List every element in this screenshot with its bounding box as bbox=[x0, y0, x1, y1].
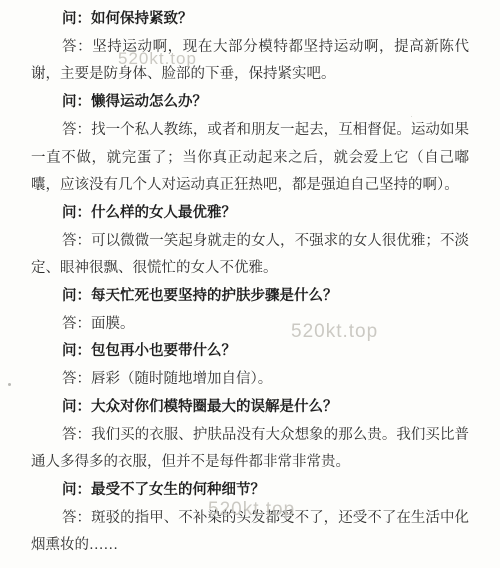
answer-line: 答：坚持运动啊，现在大部分模特都坚持运动啊，提高新陈代谢，主要是防身体、脸部的下… bbox=[31, 34, 469, 89]
question-line: 问：最受不了女生的何种细节？ bbox=[31, 477, 469, 505]
answer-line: 答：找一个私人教练，或者和朋友一起去，互相督促。运动如果一直不做，就完蛋了；当你… bbox=[31, 117, 469, 200]
question-line: 问：如何保持紧致？ bbox=[31, 6, 469, 34]
document-page: 问：如何保持紧致？答：坚持运动啊，现在大部分模特都坚持运动啊，提高新陈代谢，主要… bbox=[0, 0, 500, 568]
answer-line: 答：我们买的衣服、护肤品没有大众想象的那么贵。我们买比普通人多得多的衣服，但并不… bbox=[31, 422, 469, 477]
answer-line: 答：斑驳的指甲、不补染的头发都受不了，还受不了在生活中化烟熏妆的…… bbox=[31, 505, 469, 560]
answer-line: 答：可以微微一笑起身就走的女人，不强求的女人很优雅；不淡定、眼神很飘、很慌忙的女… bbox=[31, 228, 469, 283]
question-line: 问：懒得运动怎么办？ bbox=[31, 89, 469, 117]
question-line: 问：什么样的女人最优雅？ bbox=[31, 200, 469, 228]
qa-content: 问：如何保持紧致？答：坚持运动啊，现在大部分模特都坚持运动啊，提高新陈代谢，主要… bbox=[31, 6, 469, 560]
question-line: 问：包包再小也要带什么？ bbox=[31, 338, 469, 366]
scan-noise-speck bbox=[8, 383, 11, 386]
question-line: 问：每天忙死也要坚持的护肤步骤是什么？ bbox=[31, 283, 469, 311]
answer-line: 答：面膜。 bbox=[31, 311, 469, 339]
question-line: 问：大众对你们模特圈最大的误解是什么？ bbox=[31, 394, 469, 422]
answer-line: 答：唇彩（随时随地增加自信）。 bbox=[31, 366, 469, 394]
